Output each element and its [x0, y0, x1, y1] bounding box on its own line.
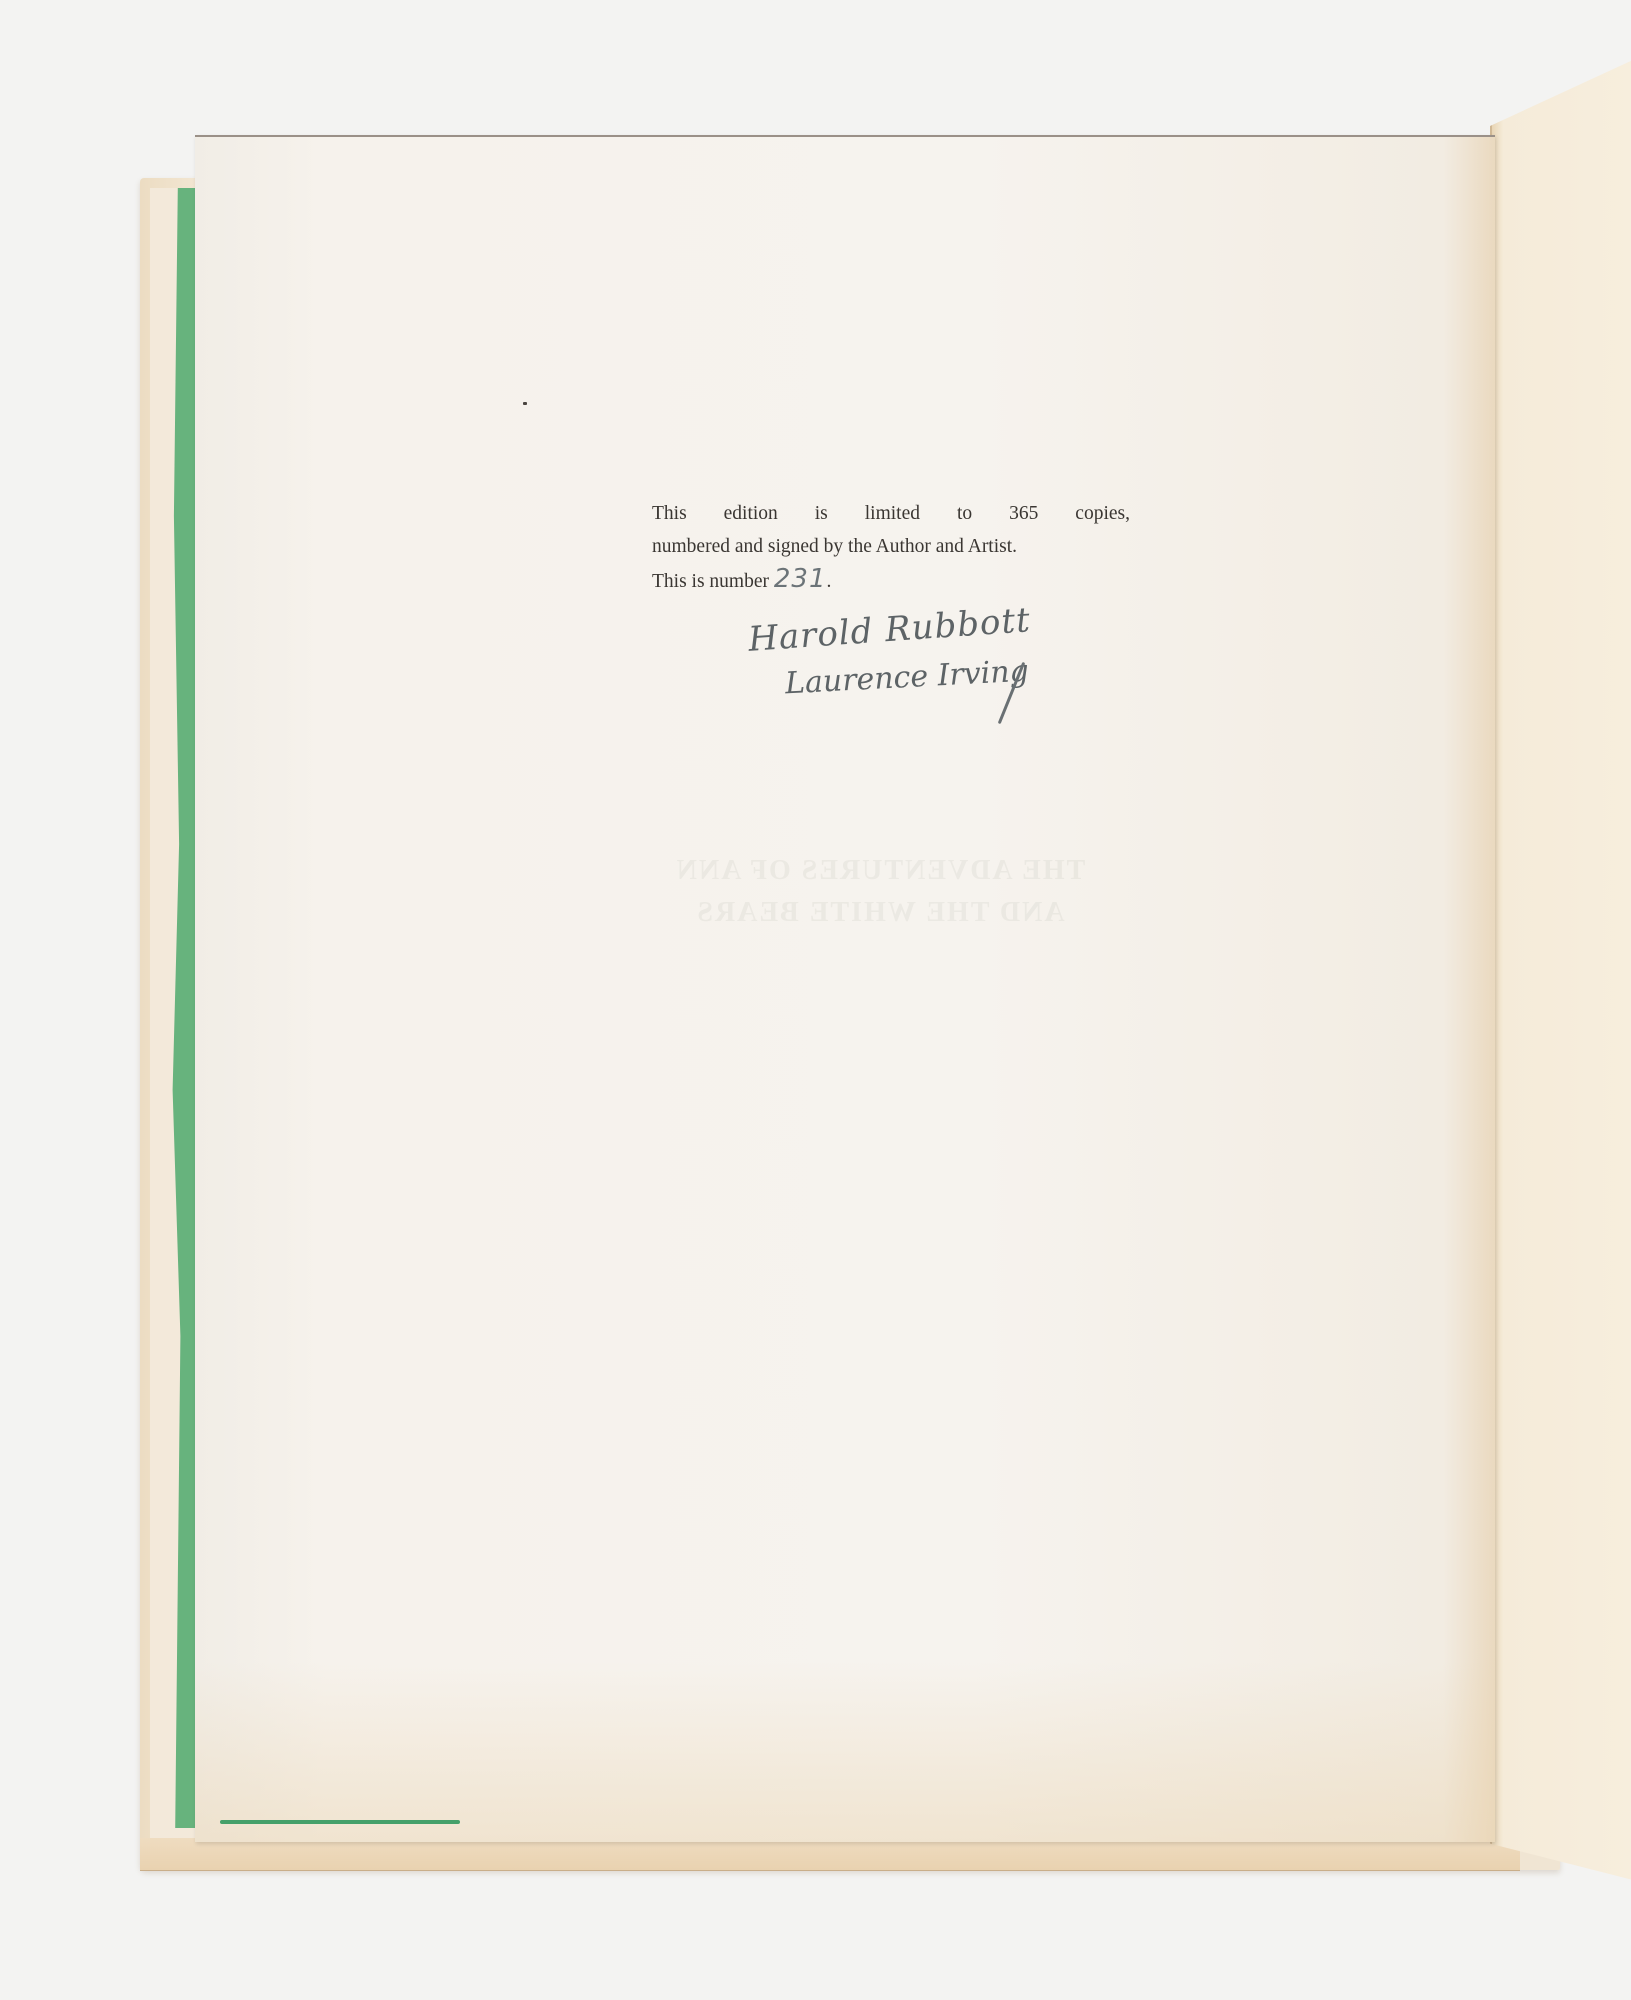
limitation-statement: This edition is limited to 365 copies, n…: [652, 497, 1130, 598]
colophon-line-2: numbered and signed by the Author and Ar…: [652, 530, 1130, 563]
green-endpaper-bottom: [220, 1820, 460, 1824]
show-through-line: AND THE WHITE BEARS: [640, 892, 1120, 934]
colophon-line-3: This is number 231.: [652, 563, 1130, 598]
page-foxing: [195, 1662, 1495, 1842]
page-speck: [523, 402, 527, 405]
colophon-period: .: [827, 571, 832, 592]
copy-number: 231: [774, 564, 827, 594]
colophon-number-label: This is number: [652, 571, 774, 592]
show-through-text: THE ADVENTURES OF ANN AND THE WHITE BEAR…: [640, 850, 1120, 934]
colophon-line-1: This edition is limited to 365 copies,: [652, 497, 1130, 530]
facing-page: [1490, 60, 1631, 1880]
show-through-line: THE ADVENTURES OF ANN: [640, 850, 1120, 892]
colophon-page: [195, 135, 1495, 1842]
cover-bottom-edge: [140, 1838, 1520, 1871]
